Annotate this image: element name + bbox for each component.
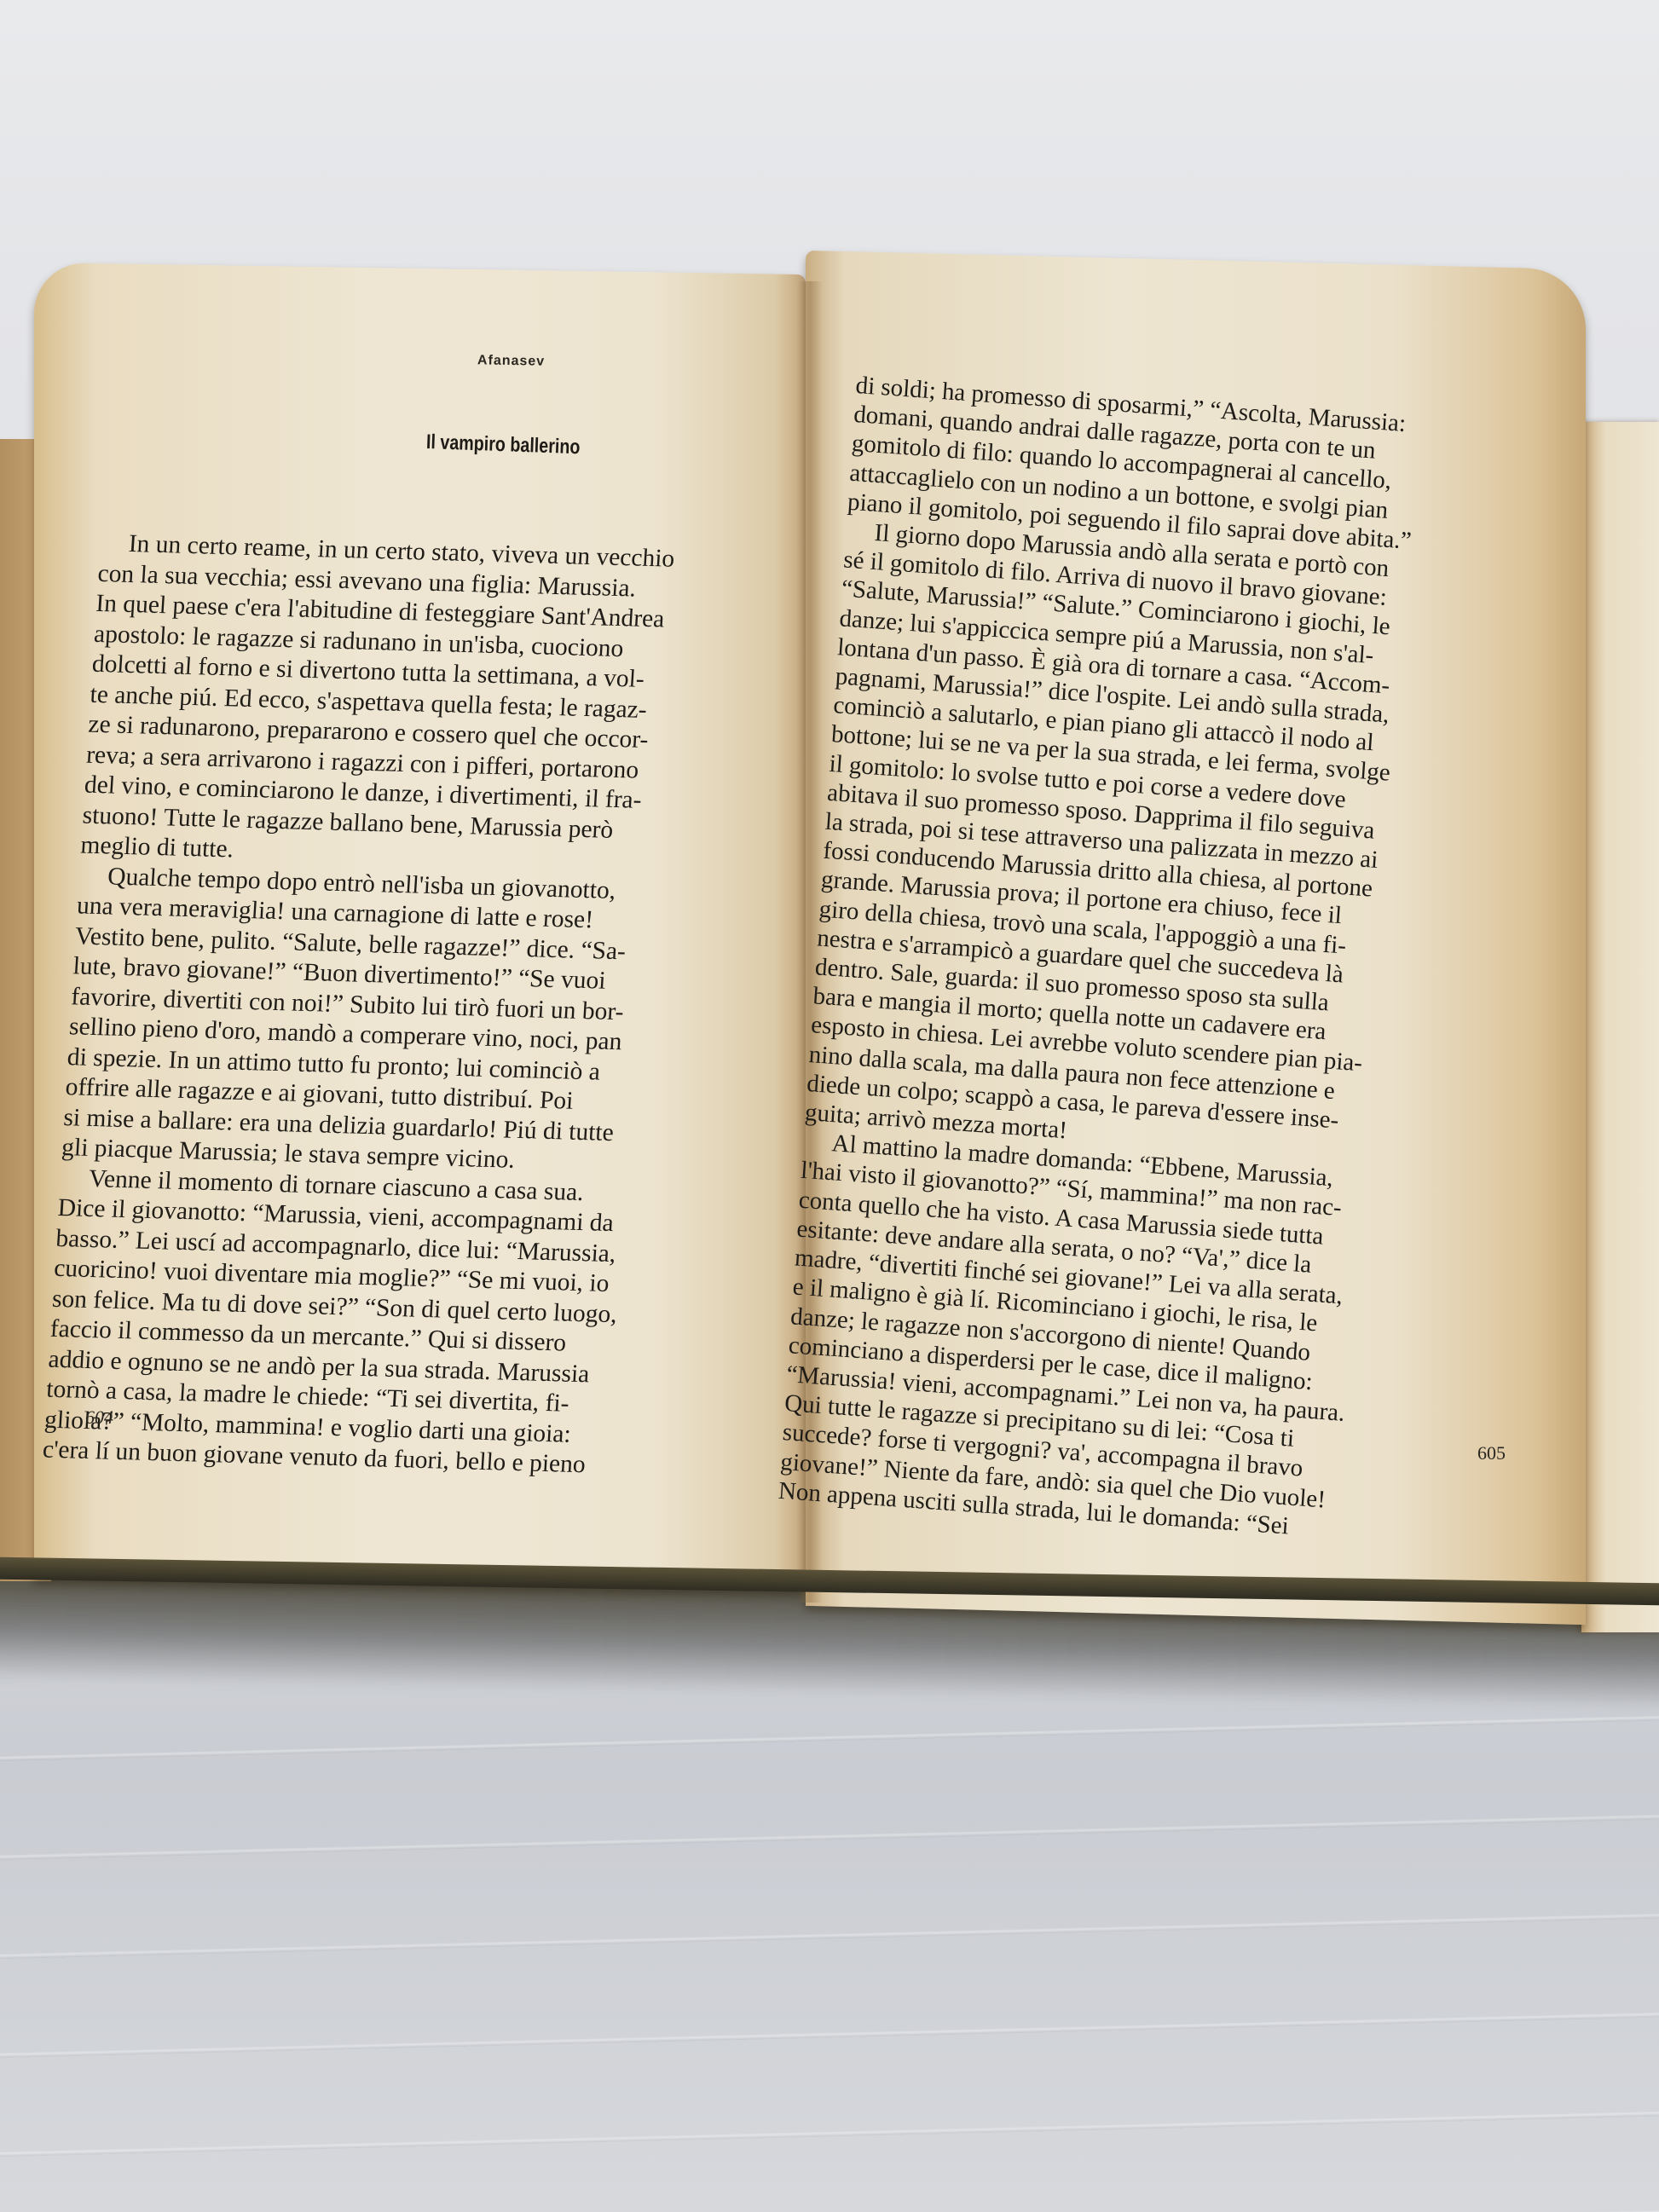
- running-head: Afanasev: [477, 353, 545, 369]
- right-page-body: di soldi; ha promesso di sposarmi,” “Asc…: [777, 371, 1469, 1548]
- page-number-left: 604: [85, 1406, 113, 1429]
- left-page-body: In un certo reame, in un certo stato, vi…: [42, 528, 783, 1484]
- page-number-right: 605: [1477, 1442, 1506, 1464]
- next-page-stack: . nonareo pl'incggeqcosoire: [1581, 422, 1659, 1632]
- table-surface: [0, 1662, 1659, 2212]
